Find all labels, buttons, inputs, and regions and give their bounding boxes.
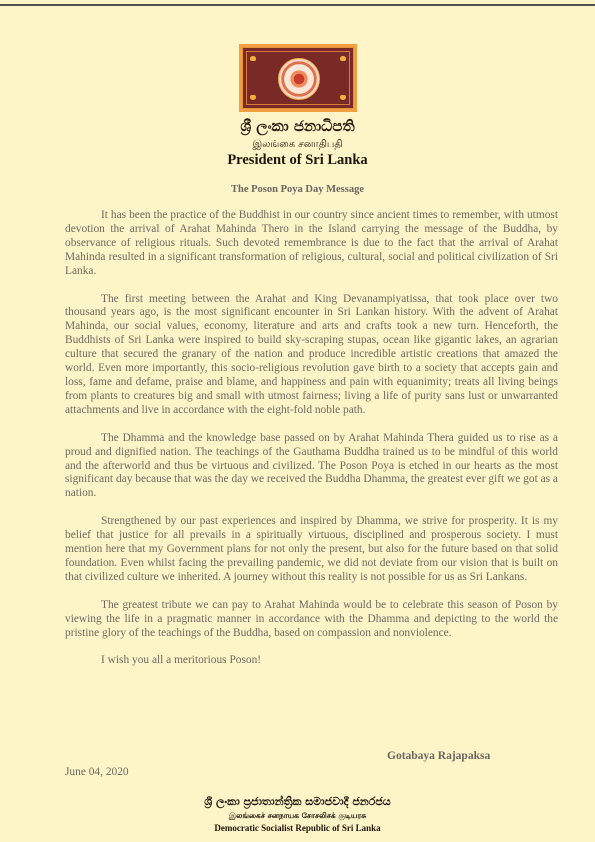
emblem-corner-ornament-icon (340, 56, 346, 61)
paragraph: It has been the practice of the Buddhist… (65, 209, 558, 279)
paragraph: The first meeting between the Arahat and… (65, 293, 558, 418)
mandala-icon (278, 58, 320, 100)
emblem-corner-ornament-icon (250, 56, 256, 61)
title-sinhala: ශ්‍රී ලංකා ජනාධිපති (0, 117, 595, 135)
message-body: It has been the practice of the Buddhist… (65, 209, 558, 682)
paragraph: The greatest tribute we can pay to Araha… (65, 599, 558, 641)
page-top-edge (0, 4, 595, 6)
presidential-emblem-icon (239, 44, 357, 112)
message-subject: The Poson Poya Day Message (0, 184, 595, 195)
emblem-corner-ornament-icon (340, 95, 346, 100)
footer-english: Democratic Socialist Republic of Sri Lan… (0, 823, 595, 833)
emblem-field (242, 47, 354, 109)
message-date: June 04, 2020 (65, 766, 129, 778)
footer-tamil: இலங்கைச் சனநாயக சோசலிசக் குடியரசு (0, 811, 595, 821)
footer-sinhala: ශ්‍රී ලංකා ප්‍රජාතාන්ත්‍රික සමාජවාදී ජනර… (0, 795, 595, 809)
closing-wish: I wish you all a meritorious Poson! (65, 654, 558, 668)
title-english: President of Sri Lanka (0, 152, 595, 169)
title-tamil: இலங்கை சனாதிபதி (0, 139, 595, 151)
paragraph: The Dhamma and the knowledge base passed… (65, 432, 558, 502)
paragraph: Strengthened by our past experiences and… (65, 515, 558, 585)
signatory-name: Gotabaya Rajapaksa (387, 750, 490, 762)
emblem-corner-ornament-icon (250, 95, 256, 100)
